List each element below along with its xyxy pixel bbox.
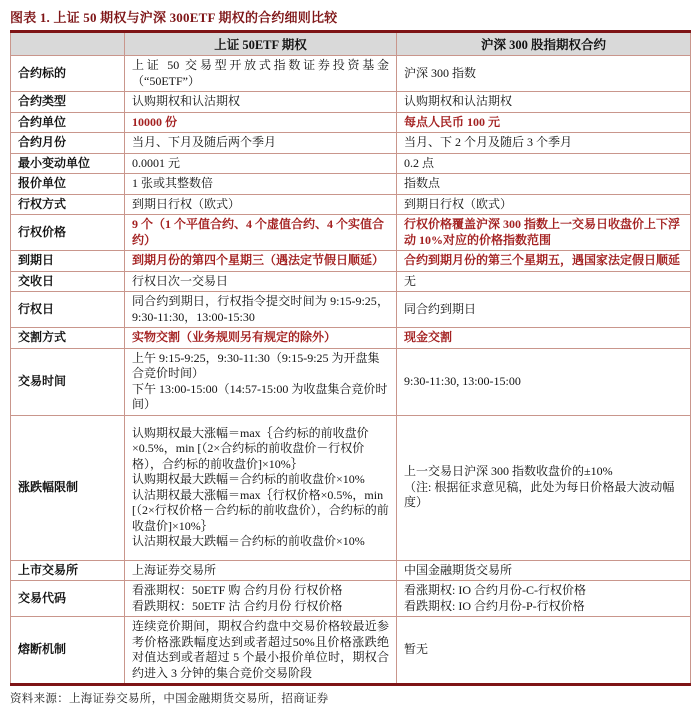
cell-50etf: 到期日行权（欧式） <box>125 194 397 215</box>
row-label: 行权日 <box>11 292 125 328</box>
cell-50etf: 上海证券交易所 <box>125 560 397 581</box>
cell-50etf: 认购期权和认沽期权 <box>125 92 397 113</box>
table-row-trading-hours: 交易时间 上午 9:15-9:25，9:30-11:30（9:15-9:25 为… <box>11 348 691 415</box>
cell-50etf: 1 张或其整数倍 <box>125 174 397 195</box>
cell-csi300: 到期日行权（欧式） <box>397 194 691 215</box>
cell-csi300: 每点人民币 100 元 <box>397 112 691 133</box>
row-label: 交易代码 <box>11 581 125 617</box>
table-row-contract-type: 合约类型 认购期权和认沽期权 认购期权和认沽期权 <box>11 92 691 113</box>
row-label: 合约单位 <box>11 112 125 133</box>
cell-csi300: 暂无 <box>397 617 691 685</box>
table-row-ticker-code: 交易代码 看涨期权：50ETF 购 合约月份 行权价格 看跌期权：50ETF 沽… <box>11 581 691 617</box>
table-row-strike-prices: 行权价格 9 个（1 个平值合约、4 个虚值合约、4 个实值合约） 行权价格覆盖… <box>11 215 691 251</box>
table-row-settlement-date: 交收日 行权日次一交易日 无 <box>11 271 691 292</box>
table-row-exercise-date: 行权日 同合约到期日，行权指令提交时间为 9:15-9:25，9:30-11:3… <box>11 292 691 328</box>
row-label: 合约类型 <box>11 92 125 113</box>
cell-csi300: 认购期权和认沽期权 <box>397 92 691 113</box>
table-row-listing-exchange: 上市交易所 上海证券交易所 中国金融期货交易所 <box>11 560 691 581</box>
row-label: 报价单位 <box>11 174 125 195</box>
row-label: 交易时间 <box>11 348 125 415</box>
row-label: 熔断机制 <box>11 617 125 685</box>
contract-comparison-table: 上证 50ETF 期权 沪深 300 股指期权合约 合约标的 上证 50 交易型… <box>10 30 691 686</box>
row-label: 最小变动单位 <box>11 153 125 174</box>
table-row-quote-unit: 报价单位 1 张或其整数倍 指数点 <box>11 174 691 195</box>
cell-csi300: 同合约到期日 <box>397 292 691 328</box>
cell-50etf: 行权日次一交易日 <box>125 271 397 292</box>
cell-csi300: 行权价格覆盖沪深 300 指数上一交易日收盘价上下浮动 10%对应的价格指数范围 <box>397 215 691 251</box>
cell-csi300: 无 <box>397 271 691 292</box>
cell-csi300: 中国金融期货交易所 <box>397 560 691 581</box>
table-row-expiry-date: 到期日 到期月份的第四个星期三（遇法定节假日顺延） 合约到期月份的第三个星期五，… <box>11 251 691 272</box>
cell-csi300: 合约到期月份的第三个星期五，遇国家法定假日顺延 <box>397 251 691 272</box>
row-label: 合约月份 <box>11 133 125 154</box>
row-label: 行权方式 <box>11 194 125 215</box>
col-header-csi300-index-option: 沪深 300 股指期权合约 <box>397 32 691 56</box>
table-row-circuit-breaker: 熔断机制 连续竞价期间，期权合约盘中交易价格较最近参考价格涨跌幅度达到或者超过5… <box>11 617 691 685</box>
cell-csi300: 看涨期权: IO 合约月份-C-行权价格 看跌期权: IO 合约月份-P-行权价… <box>397 581 691 617</box>
cell-50etf: 上证 50 交易型开放式指数证券投资基金（“50ETF”） <box>125 56 397 92</box>
cell-50etf: 10000 份 <box>125 112 397 133</box>
cell-50etf: 认购期权最大涨幅＝max｛合约标的前收盘价×0.5%，min [（2×合约标的前… <box>125 415 397 560</box>
source-note: 资料来源：上海证券交易所，中国金融期货交易所，招商证券 <box>10 690 690 706</box>
cell-csi300: 9:30-11:30, 13:00-15:00 <box>397 348 691 415</box>
cell-50etf: 上午 9:15-9:25，9:30-11:30（9:15-9:25 为开盘集合竞… <box>125 348 397 415</box>
row-label: 涨跌幅限制 <box>11 415 125 560</box>
table-row-contract-months: 合约月份 当月、下月及随后两个季月 当月、下 2 个月及随后 3 个季月 <box>11 133 691 154</box>
table-row-underlying: 合约标的 上证 50 交易型开放式指数证券投资基金（“50ETF”） 沪深 30… <box>11 56 691 92</box>
figure-title: 图表 1. 上证 50 期权与沪深 300ETF 期权的合约细则比较 <box>10 7 690 26</box>
cell-csi300: 上一交易日沪深 300 指数收盘价的±10% （注: 根据征求意见稿，此处为每日… <box>397 415 691 560</box>
row-label: 合约标的 <box>11 56 125 92</box>
cell-50etf: 实物交割（业务规则另有规定的除外） <box>125 328 397 349</box>
table-row-contract-unit: 合约单位 10000 份 每点人民币 100 元 <box>11 112 691 133</box>
cell-50etf: 到期月份的第四个星期三（遇法定节假日顺延） <box>125 251 397 272</box>
cell-csi300: 当月、下 2 个月及随后 3 个季月 <box>397 133 691 154</box>
report-page: 图表 1. 上证 50 期权与沪深 300ETF 期权的合约细则比较 上证 50… <box>0 0 700 706</box>
row-label: 到期日 <box>11 251 125 272</box>
cell-50etf: 0.0001 元 <box>125 153 397 174</box>
row-label: 交割方式 <box>11 328 125 349</box>
cell-csi300: 现金交割 <box>397 328 691 349</box>
cell-csi300: 沪深 300 指数 <box>397 56 691 92</box>
col-header-50etf-option: 上证 50ETF 期权 <box>125 32 397 56</box>
header-row: 上证 50ETF 期权 沪深 300 股指期权合约 <box>11 32 691 56</box>
col-header-empty <box>11 32 125 56</box>
row-label: 上市交易所 <box>11 560 125 581</box>
table-row-price-limit: 涨跌幅限制 认购期权最大涨幅＝max｛合约标的前收盘价×0.5%，min [（2… <box>11 415 691 560</box>
cell-50etf: 连续竞价期间，期权合约盘中交易价格较最近参考价格涨跌幅度达到或者超过50%且价格… <box>125 617 397 685</box>
cell-50etf: 同合约到期日，行权指令提交时间为 9:15-9:25，9:30-11:30，13… <box>125 292 397 328</box>
row-label: 交收日 <box>11 271 125 292</box>
cell-50etf: 看涨期权：50ETF 购 合约月份 行权价格 看跌期权：50ETF 沽 合约月份… <box>125 581 397 617</box>
cell-50etf: 当月、下月及随后两个季月 <box>125 133 397 154</box>
cell-csi300: 0.2 点 <box>397 153 691 174</box>
table-row-tick-size: 最小变动单位 0.0001 元 0.2 点 <box>11 153 691 174</box>
cell-csi300: 指数点 <box>397 174 691 195</box>
table-row-exercise-style: 行权方式 到期日行权（欧式） 到期日行权（欧式） <box>11 194 691 215</box>
cell-50etf: 9 个（1 个平值合约、4 个虚值合约、4 个实值合约） <box>125 215 397 251</box>
row-label: 行权价格 <box>11 215 125 251</box>
table-row-delivery-method: 交割方式 实物交割（业务规则另有规定的除外） 现金交割 <box>11 328 691 349</box>
